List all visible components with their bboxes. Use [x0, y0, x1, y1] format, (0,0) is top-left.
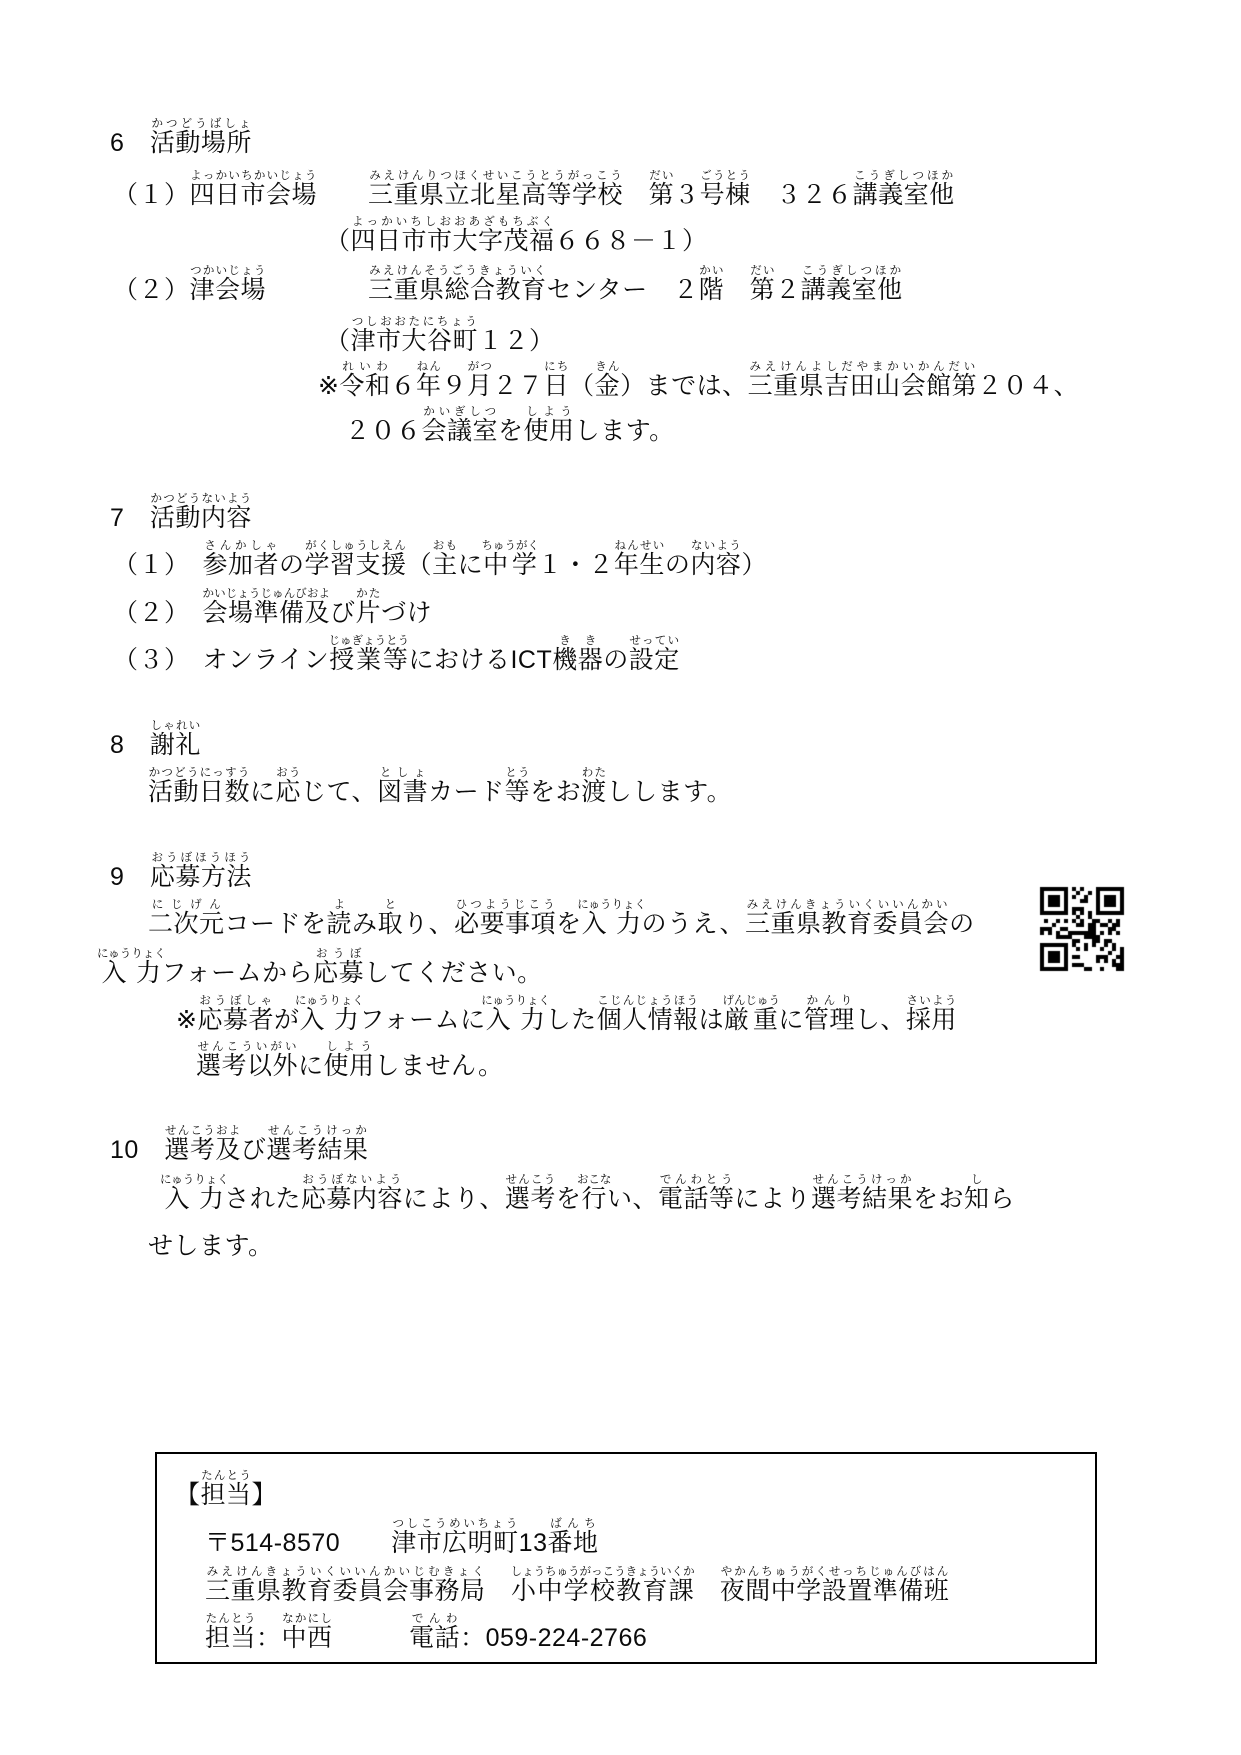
- section-9-heading: 9 応募方法おうぼほうほう: [110, 852, 252, 892]
- contact-title: 【担当たんとう】: [175, 1470, 277, 1510]
- section-9-note-line-2: 選考以外せんこういがいに使用しようしません。: [196, 1041, 504, 1081]
- section-7-heading: 7 活動内容かつどうないよう: [110, 493, 252, 533]
- section-6-venue-2-address: （津市大谷町つしおおたにちょう１２）: [325, 316, 555, 356]
- section-7-item-3: （３） オンライン授業等じゅぎょうとうにおけるICT機器ききの設定せってい: [113, 635, 680, 675]
- document-page: 6 活動場所かつどうばしょ （１）四日市会場よっかいちかいじょう 三重県立北星高…: [0, 0, 1241, 1755]
- section-8-body: 活動日数かつどうにっすうに応おうじて、図書としょカード等とうをお渡わたしします。: [148, 767, 732, 807]
- section-6-heading: 6 活動場所かつどうばしょ: [110, 118, 252, 158]
- section-10-line-1: 入力にゅうりょくされた応募内容おうぼないようにより、選考せんこうを行おこない、電…: [160, 1174, 1015, 1214]
- contact-address: 〒514-8570 津市広明町つしこうめいちょう13番地ばんち: [205, 1518, 599, 1558]
- section-7-item-2: （２） 会場準備及かいじょうじゅんびおよび片かたづけ: [113, 588, 432, 628]
- section-10-line-2: せします。: [148, 1233, 274, 1261]
- section-6-venue-2: （２）津会場つかいじょう 三重県総合教育みえけんそうごうきょういくセンター ２階…: [113, 265, 903, 305]
- section-9-line-2: 入力にゅうりょくフォームから応募おうぼしてください。: [97, 948, 543, 988]
- section-6-venue-1: （１）四日市会場よっかいちかいじょう 三重県立北星高等学校みえけんりつほくせいこ…: [113, 170, 955, 210]
- section-8-heading: 8 謝礼しゃれい: [110, 720, 201, 760]
- section-6-venue-1-address: （四日市市大字茂福よっかいちしおおあざもちぶく６６８－１）: [325, 216, 708, 256]
- section-6-note-line-2: ２０６会議室かいぎしつを使用しようします。: [345, 406, 675, 446]
- section-6-note-line-1: ※令和れいわ６年ねん９月がつ２７日にち（金きん）までは、三重県吉田山会館第みえけ…: [318, 361, 1079, 401]
- section-9-line-1: 二次元にじげんコードを読よみ取とり、必要事項ひつようじこうを入力にゅうりょくのう…: [148, 899, 975, 939]
- section-9-note-line-1: ※応募者おうぼしゃが入力にゅうりょくフォームに入力にゅうりょくした個人情報こじん…: [176, 995, 957, 1035]
- qr-code: [1038, 885, 1126, 973]
- section-7-item-1: （１） 参加者さんかしゃの学習支援がくしゅうしえん（主おもに中学ちゅうがく１・２…: [113, 540, 767, 580]
- section-10-heading: 10 選考及せんこうおよび選考結果せんこうけっか: [110, 1125, 368, 1165]
- contact-person-phone: 担当たんとう：中西なかにし 電話でんわ：059-224-2766: [205, 1613, 647, 1653]
- contact-organization: 三重県教育委員会事務局みえけんきょういくいいんかいじむきょく 小中学校教育課しょ…: [205, 1566, 949, 1606]
